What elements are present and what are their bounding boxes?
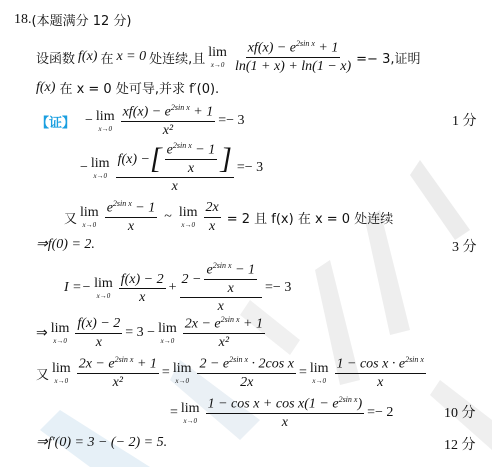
- den: x²: [217, 334, 231, 350]
- text: =: [299, 365, 307, 381]
- proof-label: 【证】: [36, 112, 75, 131]
- lim-sub: x→0: [183, 418, 197, 425]
- lim-sub: x→0: [83, 222, 97, 229]
- lim: lim: [96, 110, 115, 124]
- proof-step-9: ⇒f′(0) = 3 − (− 2) = 5.: [36, 434, 167, 451]
- lim-sub: x→0: [211, 62, 225, 69]
- text: ⇒f(0) = 2.: [36, 236, 95, 253]
- den: x: [94, 334, 104, 350]
- lim: lim: [158, 322, 177, 336]
- num-tail: ): [357, 397, 362, 412]
- text: =− 2: [367, 405, 393, 421]
- num-tail: − 1: [135, 201, 155, 216]
- den: x: [126, 218, 136, 234]
- text: 在 x = 0 处可导,并求 f′(0).: [59, 78, 219, 97]
- math: f(x): [36, 80, 55, 96]
- sup: 2sin x: [213, 261, 232, 270]
- num-tail: · 2cos x: [252, 357, 294, 372]
- lim: lim: [80, 206, 99, 220]
- lim: lim: [208, 46, 227, 60]
- lim-sub: x→0: [98, 126, 112, 133]
- inner-den: x: [186, 160, 196, 176]
- sup: 2sin x: [221, 315, 240, 324]
- sup: 2sin x: [229, 355, 248, 364]
- text: 又: [64, 208, 77, 227]
- text: 处连续,且: [149, 48, 205, 67]
- text: 设函数: [36, 48, 75, 67]
- num-tail: + 1: [137, 357, 157, 372]
- lim-sub: x→0: [97, 293, 111, 300]
- den: ln(1 + x) + ln(1 − x): [233, 58, 353, 74]
- lim: lim: [91, 157, 110, 171]
- text: 在: [100, 48, 113, 67]
- text: I =−: [64, 280, 91, 296]
- proof-step-5: I =− limx→0 f(x) − 2x + 2 − e2sin x − 1x…: [64, 262, 291, 315]
- fraction: xf(x) − e2sin x + 1 ln(1 + x) + ln(1 − x…: [233, 40, 353, 74]
- num: 2x − e: [79, 357, 115, 372]
- inner-tail: − 1: [195, 143, 215, 158]
- sup: 2sin x: [339, 395, 358, 404]
- num-tail: + 1: [243, 317, 263, 332]
- den: x²: [111, 374, 125, 390]
- lim: lim: [310, 362, 329, 376]
- proof-step-1: 【证】 − limx→0 xf(x) − e2sin x + 1x² =− 3: [36, 104, 245, 138]
- lim-sub: x→0: [312, 378, 326, 385]
- num-tail: + 1: [318, 41, 338, 56]
- lim: lim: [52, 362, 71, 376]
- den: x: [170, 178, 180, 194]
- text: −: [85, 113, 93, 129]
- text: = 2 且 f(x) 在 x = 0 处连续: [227, 208, 394, 227]
- sup: 2sin x: [171, 103, 190, 112]
- num: 1 − cos x + cos x(1 − e: [208, 397, 339, 412]
- proof-step-7: 又 limx→0 2x − e2sin x + 1x² = limx→0 2 −…: [36, 356, 429, 390]
- num: f(x) − 2: [119, 272, 166, 289]
- num: xf(x) − e: [123, 105, 171, 120]
- lim: lim: [94, 277, 113, 291]
- text: =: [170, 405, 178, 421]
- den: x: [280, 414, 290, 430]
- proof-step-4: ⇒f(0) = 2.: [36, 236, 95, 253]
- den: x: [137, 289, 147, 305]
- score-12: 12 分: [444, 434, 476, 454]
- proof-step-2: − limx→0 f(x) − [ e2sin x − 1x ] x =− 3: [80, 142, 263, 195]
- num: 2x: [204, 200, 221, 217]
- text: −: [80, 160, 88, 176]
- text: =− 3: [218, 113, 244, 129]
- problem-header: 18. (本题满分 12 分): [14, 10, 131, 29]
- math: f(x): [78, 49, 97, 65]
- num: 2 −: [182, 272, 202, 287]
- num: 2x − e: [185, 317, 221, 332]
- inner-tail: − 1: [235, 263, 255, 278]
- den: x²: [161, 122, 175, 138]
- text: ⇒f′(0) = 3 − (− 2) = 5.: [36, 434, 167, 451]
- lim-sub: x→0: [53, 338, 67, 345]
- text: 又: [36, 364, 49, 383]
- score-10: 10 分: [444, 402, 476, 422]
- points-note: (本题满分 12 分): [32, 10, 132, 29]
- lim: lim: [51, 322, 70, 336]
- lim-sub: x→0: [55, 378, 69, 385]
- num: 2 − e: [199, 357, 229, 372]
- text: ⇒: [36, 325, 48, 342]
- statement-line-2: f(x) 在 x = 0 处可导,并求 f′(0).: [36, 78, 219, 97]
- num: f(x) − 2: [75, 316, 122, 333]
- lim: lim: [181, 402, 200, 416]
- text: =− 3: [265, 280, 291, 296]
- lim: lim: [179, 206, 198, 220]
- num-tail: + 1: [193, 105, 213, 120]
- lim-sub: x→0: [93, 173, 107, 180]
- sup: 2sin x: [115, 355, 134, 364]
- sup: 2sin x: [296, 39, 315, 48]
- score-1: 1 分: [452, 110, 477, 130]
- lim-sub: x→0: [161, 338, 175, 345]
- text: = 3 −: [125, 325, 155, 341]
- limit: limx→0: [208, 46, 227, 69]
- den: x: [207, 218, 217, 234]
- num: xf(x) − e: [248, 41, 296, 56]
- text: ~: [164, 209, 172, 225]
- num: f(x) −: [118, 152, 150, 167]
- text: =− 3,证明: [356, 48, 420, 67]
- lim-sub: x→0: [181, 222, 195, 229]
- lim: lim: [173, 362, 192, 376]
- inner-den: x: [226, 280, 236, 296]
- sup: 2sin x: [405, 355, 424, 364]
- math: x = 0: [116, 49, 146, 65]
- den: 2x: [238, 374, 255, 390]
- num: 1 − cos x · e: [337, 357, 406, 372]
- sup: 2sin x: [113, 199, 132, 208]
- proof-step-8: = limx→0 1 − cos x + cos x(1 − e2sin x)x…: [170, 396, 393, 430]
- den: x: [216, 298, 226, 314]
- text: +: [169, 280, 177, 296]
- text: =− 3: [237, 160, 263, 176]
- proof-step-6: ⇒ limx→0 f(x) − 2x = 3 − limx→0 2x − e2s…: [36, 316, 268, 350]
- problem-number: 18.: [14, 12, 32, 28]
- proof-step-3: 又 limx→0 e2sin x − 1x ~ limx→0 2xx = 2 且…: [64, 200, 393, 234]
- score-3: 3 分: [452, 236, 477, 256]
- den: x: [375, 374, 385, 390]
- statement-line-1: 设函数 f(x) 在 x = 0 处连续,且 limx→0 xf(x) − e2…: [36, 40, 420, 74]
- text: =: [162, 365, 170, 381]
- lim-sub: x→0: [175, 378, 189, 385]
- sup: 2sin x: [173, 141, 192, 150]
